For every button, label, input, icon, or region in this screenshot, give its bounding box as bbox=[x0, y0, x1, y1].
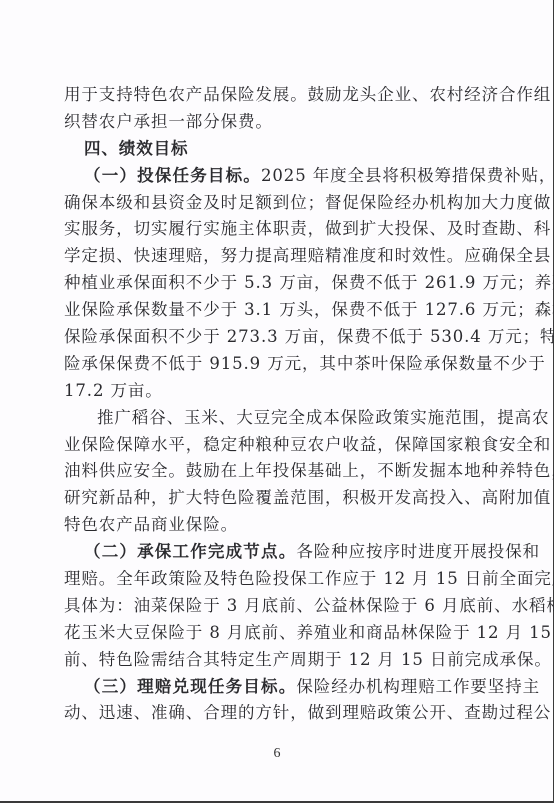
paragraph-line: 理赔。全年政策险及特色险投保工作应于 12 月 15 日前全面完成。 bbox=[64, 566, 488, 593]
paragraph-line: 用于支持特色农产品保险发展。鼓励龙头企业、农村经济合作组 bbox=[64, 82, 488, 109]
paragraph-line: 前、特色险需结合其特定生产周期于 12 月 15 日前完成承保。 bbox=[64, 647, 488, 674]
paragraph-line: 确保本级和县资金及时足额到位；督促保险经办机构加大力度做 bbox=[64, 190, 488, 217]
page-number: 6 bbox=[0, 746, 554, 762]
paragraph-line: 织替农户承担一部分保费。 bbox=[64, 109, 488, 136]
paragraph-line: 花玉米大豆保险于 8 月底前、养殖业和商品林保险于 12 月 15 日 bbox=[64, 620, 488, 647]
subsection-lead-line: （二）承保工作完成节点。各险种应按序时进度开展投保和 bbox=[64, 539, 488, 566]
paragraph-line: 种植业承保面积不少于 5.3 万亩，保费不低于 261.9 万元；养殖 bbox=[64, 270, 488, 297]
document-page: 用于支持特色农产品保险发展。鼓励龙头企业、农村经济合作组 织替农户承担一部分保费… bbox=[0, 0, 554, 803]
subsection-title: （一）投保任务目标。 bbox=[84, 166, 261, 185]
subsection-lead-line: （一）投保任务目标。2025 年度全县将积极筹措保费补贴， bbox=[64, 163, 488, 190]
paragraph-text: 各险种应按序时进度开展投保和 bbox=[296, 542, 540, 561]
paragraph-line: 特色农产品商业保险。 bbox=[64, 512, 488, 539]
paragraph-line: 17.2 万亩。 bbox=[64, 378, 488, 405]
paragraph-line: 业保险承保数量不少于 3.1 万头，保费不低于 127.6 万元；森林 bbox=[64, 297, 488, 324]
paragraph-line: 油料供应安全。鼓励在上年投保基础上，不断发掘本地种养特色， bbox=[64, 458, 488, 485]
section-heading: 四、绩效目标 bbox=[64, 136, 488, 163]
subsection-title: （三）理赔兑现任务目标。 bbox=[84, 677, 296, 696]
subsection-lead-line: （三）理赔兑现任务目标。保险经办机构理赔工作要坚持主 bbox=[64, 674, 488, 701]
subsection-title: （二）承保工作完成节点。 bbox=[84, 542, 296, 561]
paragraph-line: 业保险保障水平，稳定种粮种豆农户收益，保障国家粮食安全和 bbox=[64, 432, 488, 459]
paragraph-line: 研究新品种，扩大特色险覆盖范围，积极开发高投入、高附加值 bbox=[64, 485, 488, 512]
paragraph-line: 具体为：油菜保险于 3 月底前、公益林保险于 6 月底前、水稻棉 bbox=[64, 593, 488, 620]
paragraph-line: 保险承保面积不少于 273.3 万亩，保费不低于 530.4 万元；特色 bbox=[64, 324, 488, 351]
paragraph-text: 保险经办机构理赔工作要坚持主 bbox=[296, 677, 540, 696]
paragraph-line: 学定损、快速理赔，努力提高理赔精准度和时效性。应确保全县 bbox=[64, 243, 488, 270]
body-text: 用于支持特色农产品保险发展。鼓励龙头企业、农村经济合作组 织替农户承担一部分保费… bbox=[64, 82, 488, 727]
paragraph-text: 2025 年度全县将积极筹措保费补贴， bbox=[261, 166, 554, 185]
paragraph-line: 实服务，切实履行实施主体职责，做到扩大投保、及时查勘、科 bbox=[64, 216, 488, 243]
paragraph-line: 动、迅速、准确、合理的方针，做到理赔政策公开、查勘过程公 bbox=[64, 700, 488, 727]
paragraph-line: 险承保保费不低于 915.9 万元，其中茶叶保险承保数量不少于 bbox=[64, 351, 488, 378]
paragraph-line: 推广稻谷、玉米、大豆完全成本保险政策实施范围，提高农 bbox=[64, 405, 488, 432]
